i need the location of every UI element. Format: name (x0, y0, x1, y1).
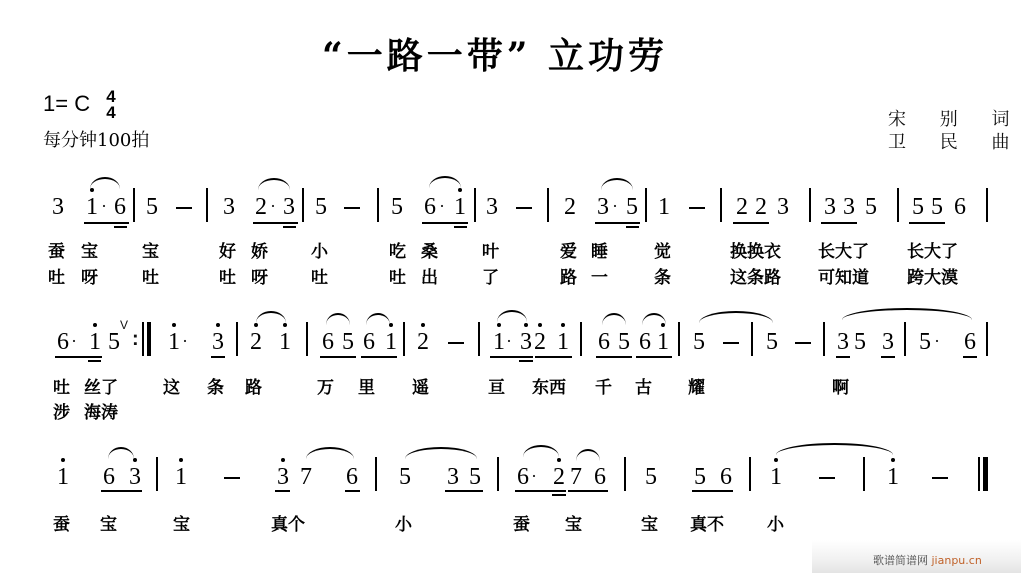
lyric: 真不 (690, 510, 724, 535)
barline (156, 457, 158, 491)
note: 5 (145, 195, 159, 219)
time-denominator: 4 (106, 105, 115, 121)
slur (602, 313, 626, 325)
note: 6 (423, 195, 437, 219)
augmentation-dot: · (506, 331, 512, 352)
underline (836, 356, 850, 358)
note: 5 (918, 330, 932, 354)
note: 3 (276, 465, 290, 489)
lyric: 吐 (219, 263, 236, 288)
note: 3 (596, 195, 610, 219)
extension-dash (344, 207, 360, 209)
final-barline-thin (978, 457, 980, 491)
lyric: 宝 (100, 510, 117, 535)
note: 6 (953, 195, 967, 219)
underline (881, 356, 895, 358)
note: 5 (314, 195, 328, 219)
augmentation-dot: · (439, 196, 445, 217)
lyric: 可知道 (818, 263, 869, 288)
underline (515, 490, 566, 492)
note: 7 (569, 465, 583, 489)
lyric: 海涛 (84, 398, 118, 423)
slur (90, 177, 120, 189)
extension-dash (932, 477, 948, 479)
note: 1 (656, 330, 670, 354)
note: 5 (765, 330, 779, 354)
lyric: 这条路 (730, 263, 781, 288)
lyric: 爱 (560, 237, 577, 262)
underline (114, 226, 127, 228)
lyric: 宝 (173, 510, 190, 535)
underline (422, 222, 468, 224)
lyric: 长大了 (907, 237, 958, 262)
key-label: 1= C (43, 91, 90, 116)
barline (809, 188, 811, 222)
note: 3 (881, 330, 895, 354)
barline (986, 322, 988, 356)
lyric: 蚕 (513, 510, 530, 535)
lyric: 了 (482, 263, 499, 288)
lyric: 蚕 (48, 237, 65, 262)
time-signature: 4 4 (106, 89, 115, 121)
note: 1 (769, 465, 783, 489)
final-barline-thick (983, 457, 988, 491)
slur (497, 310, 527, 322)
lyric: 万 (317, 373, 334, 398)
note: 5 (693, 465, 707, 489)
note: 6 (362, 330, 376, 354)
note: 1 (278, 330, 292, 354)
note: 3 (823, 195, 837, 219)
composer-credit: 卫 民 曲 (888, 128, 1021, 154)
note: 1 (56, 465, 70, 489)
note: 2 (552, 465, 566, 489)
lyric: 千 (595, 373, 612, 398)
underline (636, 356, 672, 358)
tie (776, 443, 893, 455)
barline (904, 322, 906, 356)
note: 3 (519, 330, 533, 354)
lyric: 吐 (48, 263, 65, 288)
lyric: 换换衣 (730, 237, 781, 262)
note: 5 (853, 330, 867, 354)
lyric: 遥 (412, 373, 429, 398)
lyric: 路 (245, 373, 262, 398)
underline (535, 356, 572, 358)
note: 5 (644, 465, 658, 489)
lyric: 路 (560, 263, 577, 288)
note: 5 (930, 195, 944, 219)
barline (823, 322, 825, 356)
watermark-site-name: 歌谱简谱网 (873, 554, 928, 567)
lyric: 呀 (81, 263, 98, 288)
note: 6 (593, 465, 607, 489)
lyric: 耀 (688, 373, 705, 398)
barline (375, 457, 377, 491)
lyric: 宝 (142, 237, 159, 262)
note: 3 (51, 195, 65, 219)
underline (55, 356, 102, 358)
lyric: 蚕 (53, 510, 70, 535)
barline (478, 322, 480, 356)
note: 1 (85, 195, 99, 219)
lyric: 里 (358, 373, 375, 398)
repeat-barline-thin (142, 322, 144, 356)
note: 5 (864, 195, 878, 219)
note: 3 (211, 330, 225, 354)
lyric: 吐 (311, 263, 328, 288)
lyric: 真个 (271, 510, 305, 535)
watermark-url: jianpu.cn (932, 554, 982, 567)
underline (320, 356, 356, 358)
barline (645, 188, 647, 222)
extension-dash (795, 342, 811, 344)
slur (429, 176, 461, 188)
augmentation-dot: · (612, 196, 618, 217)
augmentation-dot: · (101, 196, 107, 217)
note: 5 (911, 195, 925, 219)
note: 6 (102, 465, 116, 489)
extension-dash (689, 207, 705, 209)
note: 3 (282, 195, 296, 219)
sheet-music-page: “一路一带” 立功劳 1= C 4 4 每分钟100拍 宋 别 词 卫 民 曲 … (0, 0, 1021, 573)
note: 3 (776, 195, 790, 219)
lyric: 亘 (488, 373, 505, 398)
barline (678, 322, 680, 356)
note: 6 (113, 195, 127, 219)
note: 1 (886, 465, 900, 489)
note: 1 (453, 195, 467, 219)
barline (720, 188, 722, 222)
lyric: 睡 (591, 237, 608, 262)
barline (403, 322, 405, 356)
underline (283, 226, 296, 228)
slur (306, 447, 354, 459)
note: 1 (384, 330, 398, 354)
extension-dash (516, 207, 532, 209)
lyric: 好 (219, 237, 236, 262)
barline (751, 322, 753, 356)
extension-dash (224, 477, 240, 479)
note: 7 (299, 465, 313, 489)
note: 3 (836, 330, 850, 354)
note: 2 (249, 330, 263, 354)
lyric: 娇 (251, 237, 268, 262)
barline (236, 322, 238, 356)
barline (749, 457, 751, 491)
key-signature: 1= C 4 4 (43, 89, 116, 121)
song-title: “一路一带” 立功劳 (322, 28, 668, 79)
slur (258, 178, 290, 190)
lyric: 出 (421, 263, 438, 288)
underline (445, 490, 483, 492)
slur (108, 447, 134, 459)
slur (576, 449, 600, 461)
lyric: 宝 (81, 237, 98, 262)
barline (206, 188, 208, 222)
barline (863, 457, 865, 491)
underline (963, 356, 977, 358)
lyric: 叶 (482, 237, 499, 262)
underline (552, 494, 566, 496)
repeat-colon: : (132, 328, 139, 351)
note: 2 (416, 330, 430, 354)
barline (302, 188, 304, 222)
note: 2 (533, 330, 547, 354)
lyric: 条 (654, 263, 671, 288)
watermark: 歌谱简谱网 jianpu.cn (873, 552, 982, 568)
barline (377, 188, 379, 222)
note: 2 (754, 195, 768, 219)
note: 5 (692, 330, 706, 354)
lyric: 宝 (641, 510, 658, 535)
augmentation-dot: · (270, 196, 276, 217)
underline (88, 360, 101, 362)
augmentation-dot: · (71, 331, 77, 352)
underline (596, 356, 632, 358)
tie (699, 311, 773, 323)
underline (101, 490, 142, 492)
underline (692, 490, 733, 492)
note: 2 (563, 195, 577, 219)
lyric: 小 (311, 237, 328, 262)
lyric: 宝 (565, 510, 582, 535)
lyric: 吐 (53, 373, 70, 398)
note: 5 (617, 330, 631, 354)
lyric: 吃 (389, 237, 406, 262)
note: 5 (341, 330, 355, 354)
note: 6 (638, 330, 652, 354)
note: 5 (625, 195, 639, 219)
slur (523, 445, 559, 457)
note: 6 (321, 330, 335, 354)
note: 5 (398, 465, 412, 489)
note: 6 (963, 330, 977, 354)
underline (490, 356, 533, 358)
slur (601, 178, 633, 190)
note: 3 (842, 195, 856, 219)
underline (733, 222, 769, 224)
note: 2 (254, 195, 268, 219)
barline (897, 188, 899, 222)
barline (474, 188, 476, 222)
extension-dash (819, 477, 835, 479)
lyric: 觉 (654, 237, 671, 262)
note: 3 (222, 195, 236, 219)
underline (275, 490, 290, 492)
lyric: 长大了 (818, 237, 869, 262)
note: 6 (597, 330, 611, 354)
slur (256, 311, 286, 323)
slur (642, 313, 666, 325)
lyric: 古 (635, 373, 652, 398)
lyric: 东西 (532, 373, 566, 398)
note: 1 (88, 330, 102, 354)
lyric: 丝了 (84, 373, 118, 398)
lyric: 小 (395, 510, 412, 535)
barline (580, 322, 582, 356)
note: 3 (128, 465, 142, 489)
underline (211, 356, 225, 358)
underline (345, 490, 360, 492)
underline (519, 360, 533, 362)
note: 3 (485, 195, 499, 219)
repeat-barline-thick (147, 322, 151, 356)
underline (909, 222, 945, 224)
augmentation-dot: · (934, 331, 940, 352)
slur (842, 308, 972, 320)
augmentation-dot: · (182, 331, 188, 352)
underline (454, 226, 467, 228)
note: 6 (345, 465, 359, 489)
note: 5 (468, 465, 482, 489)
barline (133, 188, 135, 222)
lyric: 呀 (251, 263, 268, 288)
underline (361, 356, 397, 358)
barline (624, 457, 626, 491)
barline (497, 457, 499, 491)
extension-dash (723, 342, 739, 344)
underline (84, 222, 129, 224)
note: 1 (174, 465, 188, 489)
lyric: 吐 (389, 263, 406, 288)
note: 1 (167, 330, 181, 354)
lyric: 这 (163, 373, 180, 398)
augmentation-dot: · (531, 466, 537, 487)
underline (626, 226, 639, 228)
lyric: 一 (591, 263, 608, 288)
lyric: 跨大漠 (907, 263, 958, 288)
extension-dash (176, 207, 192, 209)
breath-mark: V (120, 318, 128, 332)
note: 6 (516, 465, 530, 489)
slur (405, 447, 477, 459)
note: 6 (719, 465, 733, 489)
extension-dash (448, 342, 464, 344)
underline (595, 222, 640, 224)
note: 2 (735, 195, 749, 219)
tempo-marking: 每分钟100拍 (43, 126, 149, 152)
slur (366, 313, 390, 325)
lyric: 小 (767, 510, 784, 535)
lyric: 条 (207, 373, 224, 398)
note: 1 (492, 330, 506, 354)
note: 6 (56, 330, 70, 354)
note: 5 (107, 330, 121, 354)
underline (253, 222, 298, 224)
barline (547, 188, 549, 222)
slur (326, 313, 350, 325)
note: 5 (390, 195, 404, 219)
note: 3 (446, 465, 460, 489)
note: 1 (556, 330, 570, 354)
barline (986, 188, 988, 222)
underline (568, 490, 608, 492)
lyric: 涉 (53, 398, 70, 423)
lyric: 吐 (142, 263, 159, 288)
note: 1 (657, 195, 671, 219)
underline (821, 222, 857, 224)
lyric: 桑 (421, 237, 438, 262)
barline (306, 322, 308, 356)
lyric: 啊 (832, 373, 849, 398)
